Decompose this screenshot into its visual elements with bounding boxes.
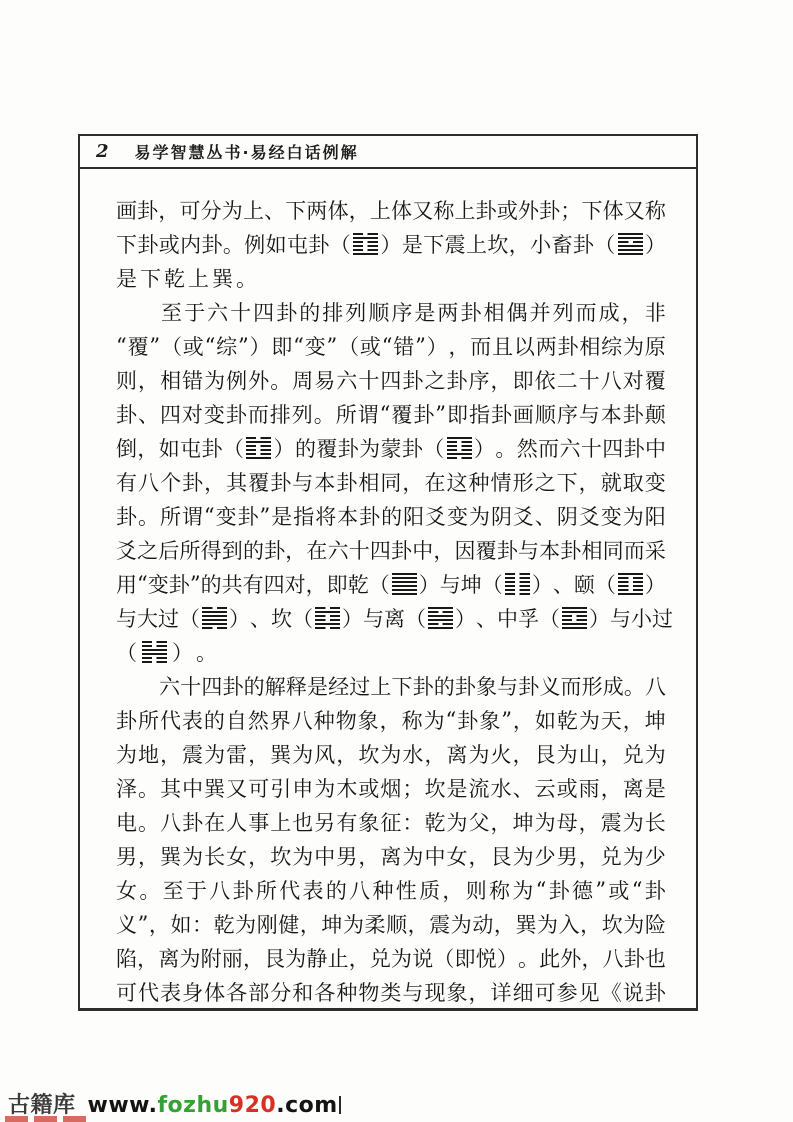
yang-line: [246, 441, 271, 444]
yin-line: [353, 245, 378, 248]
yin-line: [246, 449, 271, 452]
yin-line: [142, 661, 167, 664]
text-line-7: 卦、四对变卦而排列。所谓“覆卦”即指卦画顺序与本卦颠: [116, 397, 666, 431]
yin-line: [315, 607, 340, 610]
yang-line: [202, 615, 227, 618]
yang-line: [353, 253, 378, 256]
yin-line: [246, 437, 271, 440]
text-line-10: 卦。所谓“变卦”是指将本卦的阳爻变为阴爻、阴爻变为阳: [116, 499, 666, 533]
yin-line: [353, 249, 378, 252]
yang-line: [392, 585, 417, 588]
yang-line: [618, 249, 643, 252]
hexagram-zhongfu-icon: [562, 607, 587, 630]
yang-line: [428, 607, 453, 610]
text-line-18: 泽。其中巽又可引申为木或烟；坎是流水、云或雨，离是: [116, 771, 666, 805]
text-line-24: 可代表身体各部分和各种物类与现象，详细可参见《说卦: [116, 975, 666, 1009]
watermark-url-920: 920: [229, 1093, 276, 1118]
yin-line: [353, 241, 378, 244]
hexagram-zhun-icon: [246, 437, 271, 460]
yang-line: [428, 615, 453, 618]
yin-line: [618, 241, 643, 244]
yang-line: [392, 573, 417, 576]
text-line-23: 陷，离为附丽，艮为静止，兑为说（即悦）。此外，八卦也: [116, 941, 666, 975]
yin-line: [618, 581, 643, 584]
yang-line: [618, 253, 643, 256]
yang-line: [562, 607, 587, 610]
watermark: 古籍库www.fozhu920.com: [8, 1088, 341, 1119]
yang-line: [447, 453, 472, 456]
hexagram-zhun-icon: [353, 233, 378, 256]
text-line-1: 画卦，可分为上、下两体，上体又称上卦或外卦；下体又称: [116, 193, 666, 227]
yang-line: [562, 627, 587, 630]
yang-line: [618, 237, 643, 240]
text-line-4: 至于六十四卦的排列顺序是两卦相偶并列而成，非: [116, 295, 666, 329]
hexagram-li-icon: [428, 607, 453, 630]
yin-line: [246, 453, 271, 456]
yin-line: [142, 645, 167, 648]
text-line-8: 倒，如屯卦（）的覆卦为蒙卦（）。然而六十四卦中: [116, 431, 666, 465]
text-line-5: “覆”（或“综”）即“变”（或“错”），而且以两卦相综为原: [116, 329, 666, 363]
yin-line: [505, 593, 530, 596]
watermark-url-www: www.: [88, 1093, 158, 1118]
text-line-14: （）。: [116, 635, 666, 669]
hexagram-xiaoxu-icon: [618, 233, 643, 256]
page-header: 2 易学智慧丛书·易经白话例解: [80, 136, 696, 169]
yang-line: [202, 623, 227, 626]
yin-line: [505, 589, 530, 592]
yin-line: [505, 581, 530, 584]
yin-line: [202, 607, 227, 610]
yin-line: [447, 457, 472, 460]
yin-line: [562, 615, 587, 618]
scan-edge-red-marks: [5, 1116, 87, 1122]
watermark-url-com: .com: [276, 1093, 337, 1118]
cutoff-character-artifact: [339, 1096, 341, 1114]
yang-line: [142, 653, 167, 656]
text-line-3: 是下乾上巽。: [116, 261, 666, 295]
yang-line: [618, 245, 643, 248]
yang-line: [562, 611, 587, 614]
yang-line: [562, 623, 587, 626]
page-number: 2: [96, 141, 109, 162]
text-line-13: 与大过（）、坎（）与离（）、中孚（）与小过: [116, 601, 666, 635]
yin-line: [353, 233, 378, 236]
yang-line: [392, 577, 417, 580]
hexagram-qian-icon: [392, 573, 417, 596]
text-line-6: 则，相错为例外。周易六十四卦之卦序，即依二十八对覆: [116, 363, 666, 397]
yin-line: [618, 589, 643, 592]
text-line-17: 为地，震为雷，巽为风，坎为水，离为火，艮为山，兑为: [116, 737, 666, 771]
text-line-22: 义”，如：乾为刚健，坤为柔顺，震为动，巽为入，坎为险: [116, 907, 666, 941]
yin-line: [315, 619, 340, 622]
content-frame: 2 易学智慧丛书·易经白话例解 画卦，可分为上、下两体，上体又称上卦或外卦；下体…: [78, 134, 698, 1011]
yang-line: [315, 623, 340, 626]
text-line-20: 男，巽为长女，坎为中男，离为中女，艮为少男，兑为少: [116, 839, 666, 873]
yin-line: [618, 577, 643, 580]
text-line-19: 电。八卦在人事上也另有象征：乾为父，坤为母，震为长: [116, 805, 666, 839]
yin-line: [447, 445, 472, 448]
yang-line: [618, 233, 643, 236]
yang-line: [315, 611, 340, 614]
yang-line: [246, 457, 271, 460]
text-line-9: 有八个卦，其覆卦与本卦相同，在这种情形之下，就取变: [116, 465, 666, 499]
hexagram-kan-icon: [315, 607, 340, 630]
text-line-16: 卦所代表的自然界八种物象，称为“卦象”，如乾为天，坤: [116, 703, 666, 737]
yin-line: [142, 641, 167, 644]
yang-line: [142, 649, 167, 652]
yin-line: [505, 573, 530, 576]
text-line-15: 六十四卦的解释是经过上下卦的卦象与卦义而形成。八: [116, 669, 666, 703]
yang-line: [392, 589, 417, 592]
scanned-book-page: 2 易学智慧丛书·易经白话例解 画卦，可分为上、下两体，上体又称上卦或外卦；下体…: [0, 0, 793, 1122]
yin-line: [202, 627, 227, 630]
yin-line: [505, 585, 530, 588]
hexagram-daguo-icon: [202, 607, 227, 630]
yin-line: [447, 441, 472, 444]
yang-line: [202, 619, 227, 622]
yin-line: [562, 619, 587, 622]
yin-line: [246, 445, 271, 448]
yin-line: [142, 657, 167, 660]
body-text: 画卦，可分为上、下两体，上体又称上卦或外卦；下体又称下卦或内卦。例如屯卦（）是下…: [80, 169, 696, 1009]
yang-line: [428, 627, 453, 630]
watermark-url-fozhu: fozhu: [157, 1093, 228, 1118]
series-title: 易学智慧丛书·易经白话例解: [135, 140, 359, 163]
text-line-12: 用“变卦”的共有四对，即乾（）与坤（）、颐（）: [116, 567, 666, 601]
text-line-2: 下卦或内卦。例如屯卦（）是下震上坎，小畜卦（）: [116, 227, 666, 261]
yang-line: [618, 573, 643, 576]
yang-line: [392, 581, 417, 584]
hexagram-meng-icon: [447, 437, 472, 460]
hexagram-kun-icon: [505, 573, 530, 596]
yin-line: [428, 623, 453, 626]
yin-line: [428, 611, 453, 614]
yin-line: [315, 615, 340, 618]
yang-line: [618, 593, 643, 596]
yang-line: [353, 237, 378, 240]
yin-line: [315, 627, 340, 630]
hexagram-xiaoguo-icon: [142, 641, 167, 664]
watermark-site-name: 古籍库: [8, 1093, 76, 1118]
yang-line: [202, 611, 227, 614]
yin-line: [618, 585, 643, 588]
yang-line: [428, 619, 453, 622]
text-line-11: 爻之后所得到的卦，在六十四卦中，因覆卦与本卦相同而采: [116, 533, 666, 567]
yin-line: [447, 449, 472, 452]
yang-line: [392, 593, 417, 596]
text-line-21: 女。至于八卦所代表的八种性质，则称为“卦德”或“卦: [116, 873, 666, 907]
yin-line: [505, 577, 530, 580]
hexagram-yi-icon: [618, 573, 643, 596]
yang-line: [447, 437, 472, 440]
